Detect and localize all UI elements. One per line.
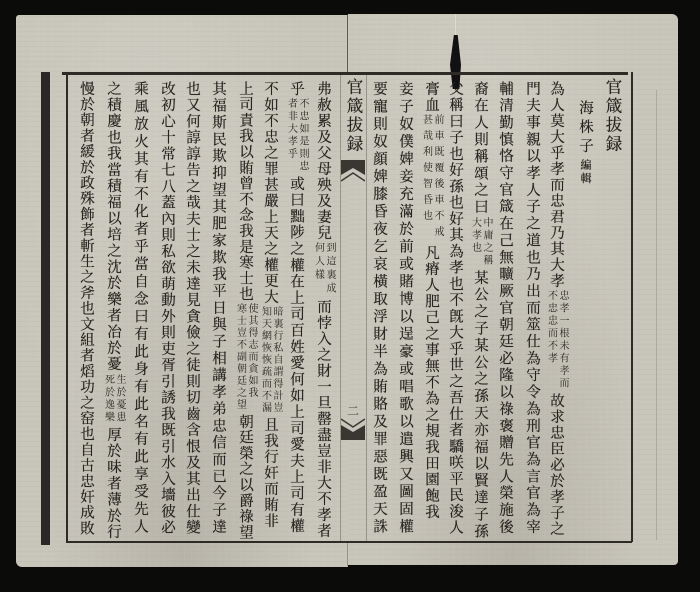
text-column: 弗赦累及父母殃及妻兒 到這裏成 何人樣 而悖入之財一旦罄盡豈非大不孝者 <box>312 81 334 539</box>
column-text: 父稱曰子也好孫也好其為孝也不旣大乎世之吾仕者驕咲平民浚人 <box>444 81 466 536</box>
note-line: 暗裏行私自謂得計豈 <box>271 306 282 414</box>
column-text: 其福斯民欺抑望其肥家欺我平日與子相講孝弟忠信而已今子達 <box>207 81 229 536</box>
frame-left-thick-rule <box>41 72 50 545</box>
interlinear-note: 使其得志而貪如我 寒士豈不副朝廷之望 <box>234 303 256 411</box>
text-column: 裔在人則稱頌之曰 中庸之稱 大孝也 某公之子某公之孫天亦福以賢達子孫 <box>469 81 491 541</box>
column-text: 厚於味者薄於行 <box>102 427 124 540</box>
column-text: 故求忠臣必於孝子之 <box>545 393 567 537</box>
column-text: 而悖入之財一旦罄盡豈非大不孝者 <box>312 299 334 539</box>
note-line: 使其得志而貪如我 <box>246 303 257 399</box>
paper-crease <box>455 14 456 38</box>
note-line: 死於逸樂 <box>102 374 113 424</box>
note-line: 何人樣 <box>312 242 323 283</box>
note-line: 忠孝一根未有孝而 <box>557 290 568 390</box>
column-text: 門夫事親以孝人子之道也乃出而筮仕為守令為刑官為言官為宰 <box>521 81 543 536</box>
book-title-text: 官箴拔録 <box>601 78 623 154</box>
center-column-border-right <box>366 75 367 541</box>
center-title-text: 官箴拔録 <box>342 78 364 154</box>
column-text: 某公之子某公之孫天亦福以賢達子孫 <box>469 270 491 540</box>
interlinear-note: 前車既覆後車不戒 甚哉利使智昏也 <box>420 114 442 242</box>
column-text: 乘風放火其有不化者乎當自念曰有此身有此名有此享受先人 <box>129 81 151 536</box>
column-text: 為人莫大乎孝而忠君乃其大孝 <box>545 81 567 289</box>
text-column: 也又何諄諄告之哉夫士之未達見貪儉之徒則切齒含恨及其出仕變 <box>181 81 203 536</box>
text-column: 為人莫大乎孝而忠君乃其大孝 忠孝一根未有孝而 不忠忠而不孝 故求忠臣必於孝子之 <box>545 81 567 537</box>
author-role: 編輯 <box>578 159 592 186</box>
column-text: 裔在人則稱頌之曰 <box>469 81 491 216</box>
interlinear-note: 暗裏行私自謂得計豈 知天網恢恢疏而不漏 <box>259 306 281 414</box>
column-text: 也又何諄諄告之哉夫士之未達見貪儉之徒則切齒含恨及其出仕變 <box>181 81 203 536</box>
author-name: 海株子 <box>574 100 596 157</box>
column-text: 朝廷榮之以爵祿望 <box>234 414 256 540</box>
center-fold-line-bottom <box>347 543 348 566</box>
text-column: 不如不忠之罪甚嚴上天之權更大 暗裏行私自謂得計豈 知天網恢恢疏而不漏 且我行奸而… <box>259 81 281 529</box>
note-line: 不忠如是則忠 <box>297 98 308 173</box>
text-column: 門夫事親以孝人子之道也乃出而筮仕為守令為刑官為言官為宰 <box>521 81 543 536</box>
note-line: 知天網恢恢疏而不漏 <box>259 306 270 414</box>
column-text: 之積慶也我當積福以培之沈於樂者冶於憂 <box>102 81 124 373</box>
page-number: 二 <box>345 402 361 419</box>
frame-left-thin-rule <box>66 74 68 543</box>
column-text: 乎 <box>285 81 307 97</box>
column-text: 不如不忠之罪甚嚴上天之權更大 <box>259 81 281 305</box>
column-text: 且我行奸而賄非 <box>259 417 281 529</box>
text-column: 輔清勤慎恪守官箴在己無曠厥官朝廷必隆以祿褒贈先人榮施後 <box>494 81 516 536</box>
note-line: 甚哉利使智昏也 <box>420 114 431 226</box>
text-column: 要寵則奴顔婢膝昏夜乞哀橫取浮財半為賄賂及罪惡既盈天誅 <box>368 81 390 536</box>
note-line: 大孝也 <box>469 217 480 255</box>
frame-top-rule <box>62 72 628 75</box>
column-text: 上司責我以賄曾不念我是寒士也 <box>234 81 256 302</box>
column-text: 或曰黜陟之權在上司百姓愛何如上司愛夫上司有權 <box>285 176 307 535</box>
text-column: 慢於朝者緩於政殊飾者斬生之斧也文組者熖功之窑也自古忠奸成敗 <box>75 81 97 536</box>
center-column-border-left <box>340 75 341 541</box>
column-text: 慢於朝者緩於政殊飾者斬生之斧也文組者熖功之窑也自古忠奸成敗 <box>75 81 97 536</box>
column-text: 要寵則奴顔婢膝昏夜乞哀橫取浮財半為賄賂及罪惡既盈天誅 <box>368 81 390 536</box>
text-column: 父稱曰子也好孫也好其為孝也不旣大乎世之吾仕者驕咲平民浚人 <box>444 81 466 536</box>
column-text: 凡瘠人肥己之事無不為之規我田園飽我 <box>420 245 442 520</box>
upper-fishtail-icon <box>341 160 365 182</box>
text-column: 其福斯民欺抑望其肥家欺我平日與子相講孝弟忠信而已今子達 <box>207 81 229 536</box>
book-title: 官箴拔録 <box>601 78 623 154</box>
interlinear-note: 到這裏成 何人樣 <box>312 242 334 296</box>
interlinear-note: 不忠如是則忠 者非大孝乎 <box>285 98 307 173</box>
text-column: 乘風放火其有不化者乎當自念曰有此身有此名有此享受先人 <box>129 81 151 536</box>
column-text: 改初心十常七八蓋內則私欲萌動外則吏胥引誘我既引水入墻彼必 <box>156 81 178 536</box>
text-column: 乎 不忠如是則忠 者非大孝乎 或曰黜陟之權在上司百姓愛何如上司愛夫上司有權 <box>285 81 307 535</box>
note-line: 寒士豈不副朝廷之望 <box>234 303 245 411</box>
center-fold-title: 官箴拔録 <box>342 78 364 154</box>
column-text: 妾子奴僕婢妾充滿於前或賭博以逞豪或唱歌以遣興又圖固權 <box>394 81 416 536</box>
lower-fishtail-icon <box>341 418 365 440</box>
text-column: 妾子奴僕婢妾充滿於前或賭博以逞豪或唱歌以遣興又圖固權 <box>394 81 416 536</box>
note-line: 前車既覆後車不戒 <box>432 114 443 242</box>
frame-right-rule <box>631 72 633 542</box>
note-line: 者非大孝乎 <box>285 98 296 161</box>
note-line: 不忠忠而不孝 <box>545 290 556 365</box>
interlinear-note: 忠孝一根未有孝而 不忠忠而不孝 <box>545 290 567 390</box>
author-line: 海株子 編輯 <box>574 100 596 186</box>
column-text: 弗赦累及父母殃及妻兒 <box>312 81 334 241</box>
note-line: 生於憂患 <box>114 374 125 424</box>
interlinear-note: 生於憂患 死於逸樂 <box>102 374 124 424</box>
text-column: 上司責我以賄曾不念我是寒士也 使其得志而貪如我 寒士豈不副朝廷之望 朝廷榮之以爵… <box>234 81 256 541</box>
text-column: 改初心十常七八蓋內則私欲萌動外則吏胥引誘我既引水入墻彼必 <box>156 81 178 536</box>
frame-bottom-rule <box>66 541 632 543</box>
center-fold-line <box>347 14 348 74</box>
note-line: 中庸之稱 <box>481 217 492 267</box>
interlinear-note: 中庸之稱 大孝也 <box>469 217 491 267</box>
note-line: 到這裏成 <box>324 242 335 296</box>
column-text: 膏血 <box>420 81 442 113</box>
text-column: 之積慶也我當積福以培之沈於樂者冶於憂 生於憂患 死於逸樂 厚於味者薄於行 <box>102 81 124 540</box>
column-text: 輔清勤慎恪守官箴在己無曠厥官朝廷必隆以祿褒贈先人榮施後 <box>494 81 516 536</box>
text-column: 膏血 前車既覆後車不戒 甚哉利使智昏也 凡瘠人肥己之事無不為之規我田園飽我 <box>420 81 442 521</box>
paper-crease-right <box>656 90 657 540</box>
